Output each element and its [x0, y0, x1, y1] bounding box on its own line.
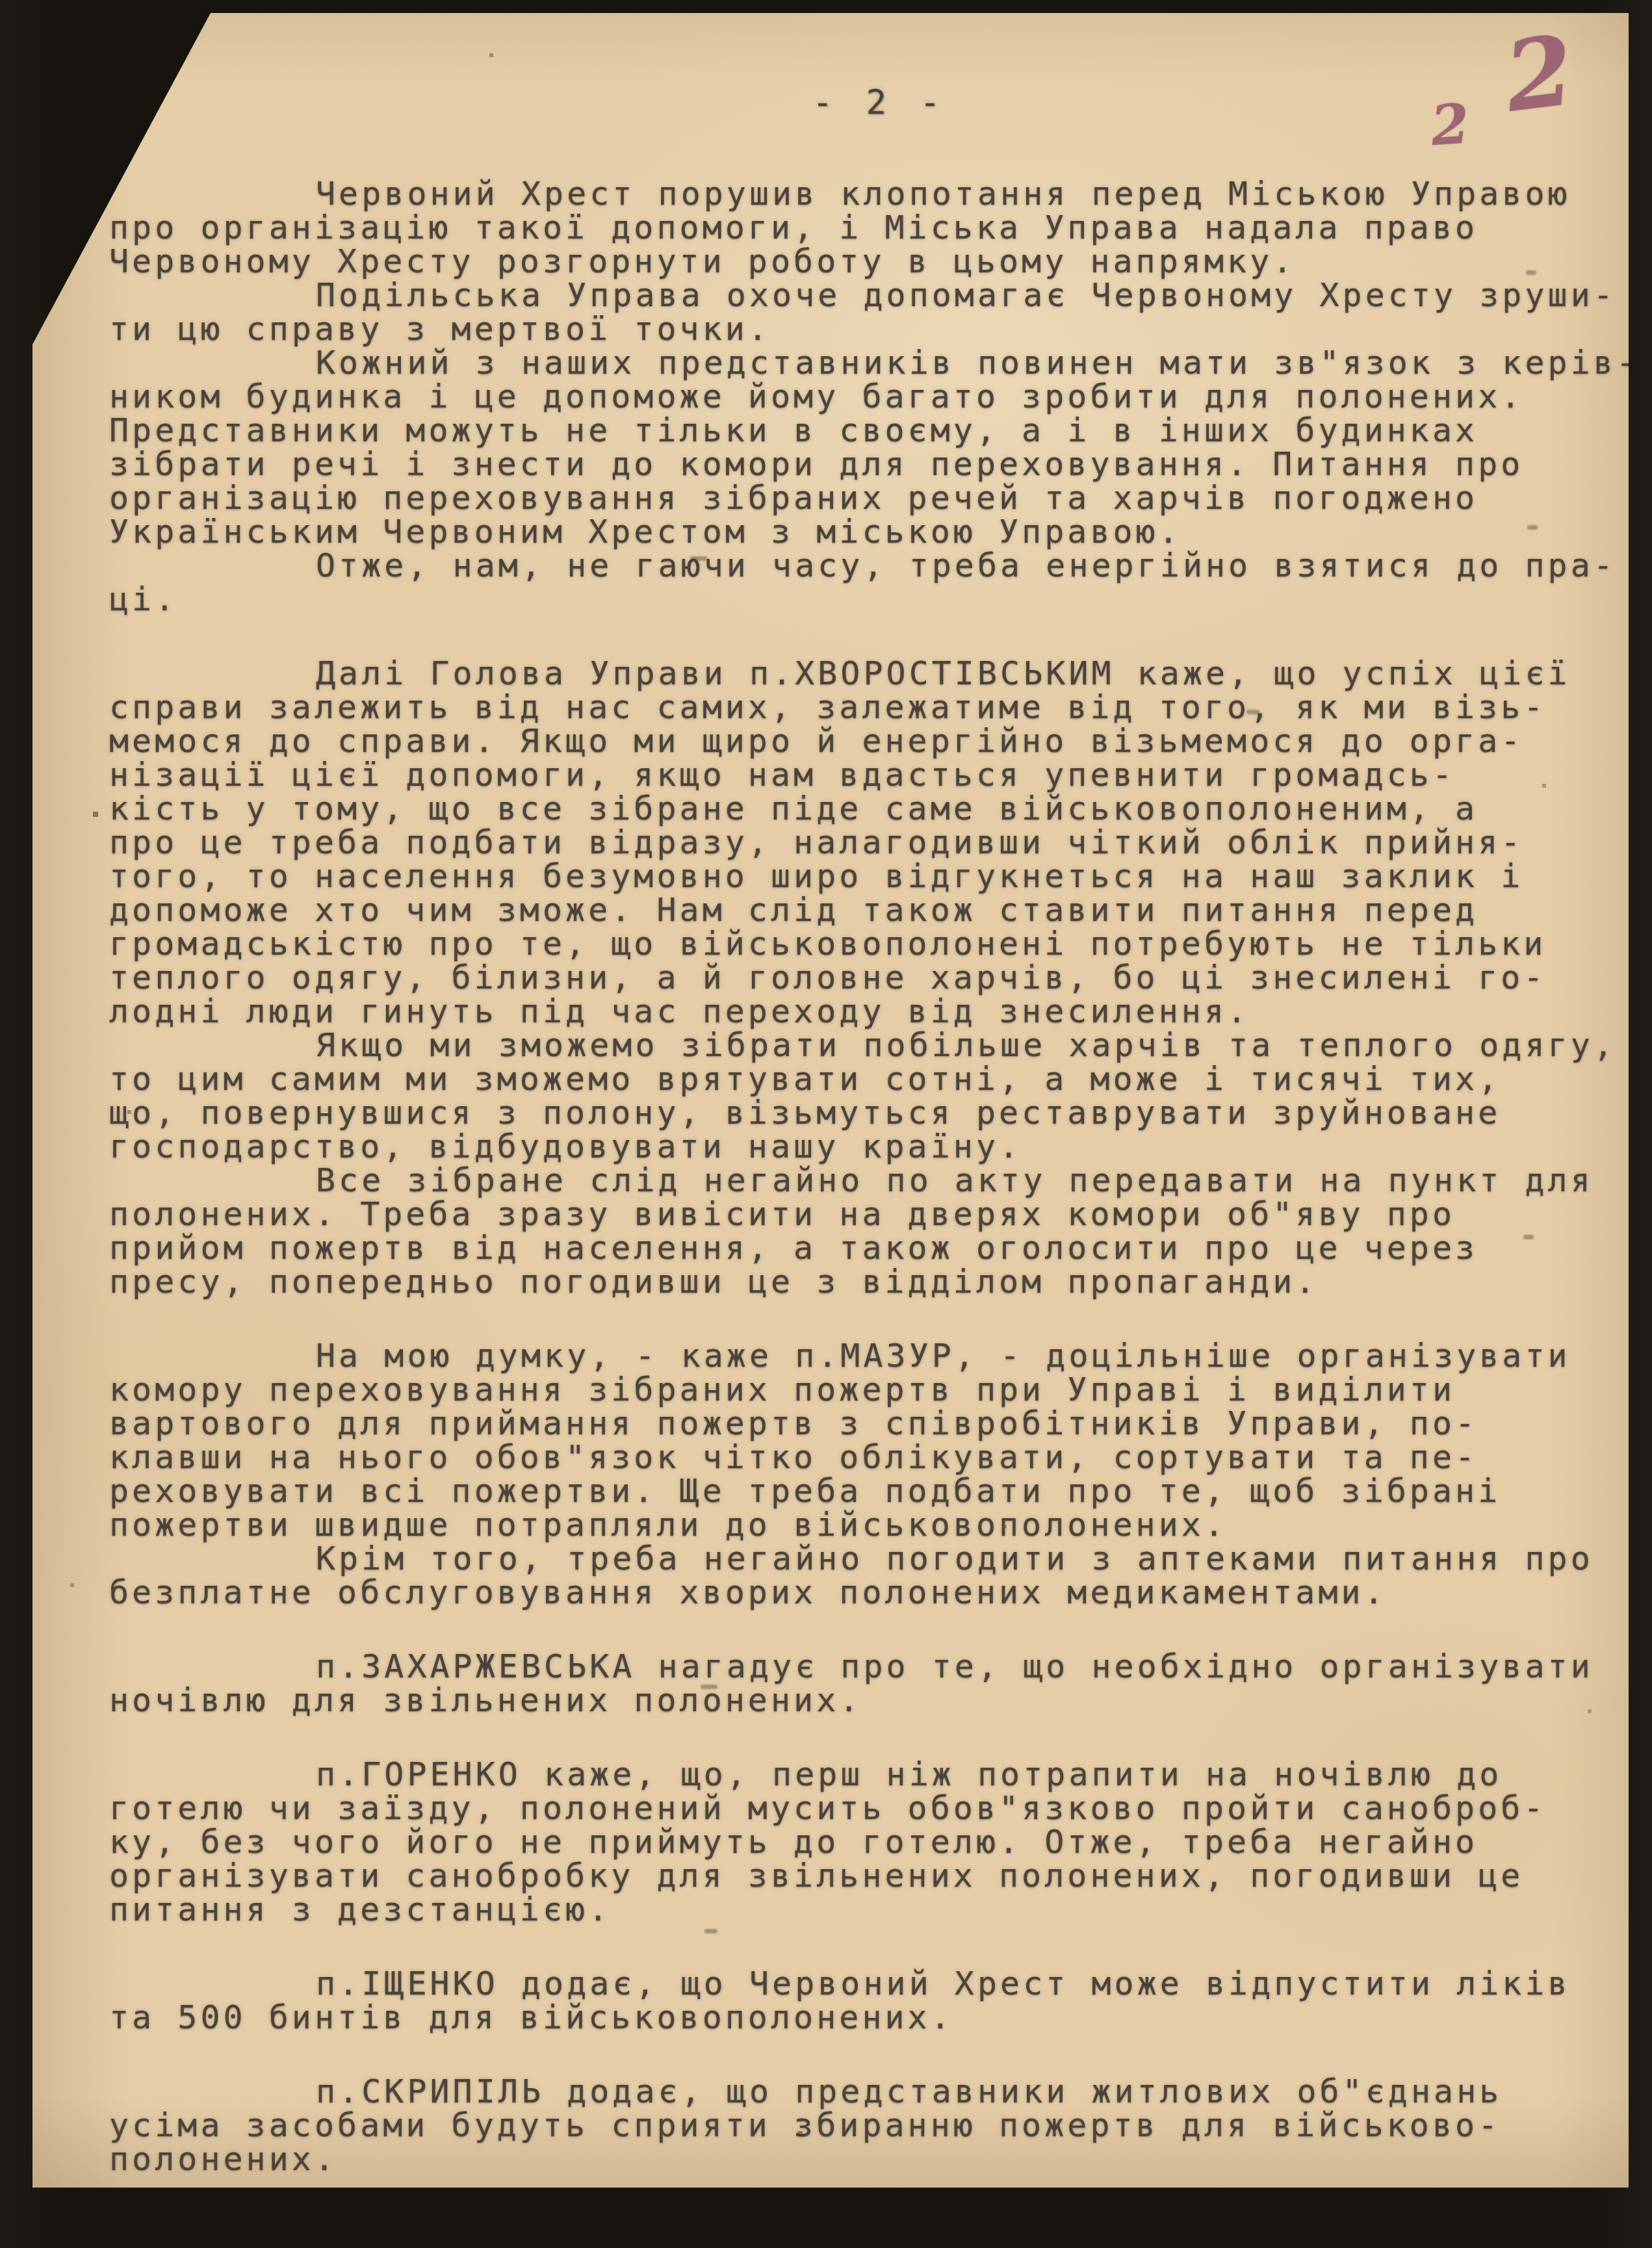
typed-line: Якщо ми зможемо зібрати побільше харчів … — [109, 1028, 1571, 1062]
stray-mark — [1246, 710, 1259, 714]
paragraph: На мою думку, - каже п.МАЗУР, - доцільні… — [109, 1339, 1571, 1542]
typed-line: На мою думку, - каже п.МАЗУР, - доцільні… — [109, 1339, 1571, 1373]
typed-line: Кожний з наших представників повинен мат… — [109, 346, 1571, 380]
typed-line: полонених. Треба зразу вивісити на дверя… — [109, 1197, 1571, 1231]
typed-line: теплого одягу, білизни, а й головне харч… — [109, 961, 1571, 994]
stray-mark — [701, 1685, 717, 1689]
handwritten-page-number-large: 2 — [1499, 13, 1579, 133]
typed-line: що, повернувшися з полону, візьмуться ре… — [109, 1096, 1571, 1130]
stray-mark — [704, 1929, 717, 1933]
typed-line: готелю чи заїзду, полонений мусить обов"… — [109, 1791, 1571, 1825]
typed-line: ночівлю для звільнених полонених. — [109, 1683, 1571, 1717]
typed-line: клавши на нього обов"язок чітко облікува… — [109, 1440, 1571, 1474]
typed-line: Подільська Управа охоче допомагає Червон… — [109, 278, 1571, 312]
paragraph: Далі Голова Управи п.ХВОРОСТІВСЬКИМ каже… — [109, 656, 1571, 1028]
paper-specks — [32, 13, 34, 14]
typed-line: лодні люди гинуть під час переходу від з… — [109, 994, 1571, 1028]
handwritten-page-number-small: 2 — [1428, 91, 1471, 158]
typed-line: про організацію такої допомоги, і Міська… — [109, 211, 1571, 244]
typed-line: п.ГОРЕНКО каже, що, перш ніж потрапити н… — [109, 1757, 1571, 1791]
typed-page-number: - 2 - — [812, 83, 947, 122]
typed-line: п.ЗАХАРЖЕВСЬКА нагадує про те, що необхі… — [109, 1649, 1571, 1683]
paragraph: п.ІЩЕНКО додає, що Червоний Хрест може в… — [109, 1967, 1571, 2034]
typed-line: ти цю справу з мертвої точки. — [109, 312, 1571, 346]
typed-line: ку, без чого його не приймуть до готелю.… — [109, 1825, 1571, 1859]
paragraph: п.ГОРЕНКО каже, що, перш ніж потрапити н… — [109, 1757, 1571, 1926]
typed-line: справи залежить від нас самих, залежатим… — [109, 690, 1571, 724]
typed-line: пресу, попередньо погодивши це з відділо… — [109, 1265, 1571, 1298]
typed-line: організацію переховування зібраних речей… — [109, 481, 1571, 515]
typed-line: ці. — [109, 582, 1571, 616]
paragraph: Кожний з наших представників повинен мат… — [109, 346, 1571, 549]
typed-line: мемося до справи. Якщо ми щиро й енергій… — [109, 724, 1571, 758]
scan-backdrop: - 2 - 2 2 Червоний Хрест порушив клопота… — [0, 0, 1652, 2248]
typed-line: про це треба подбати відразу, налагодивш… — [109, 825, 1571, 859]
typed-line: Отже, нам, не гаючи часу, треба енергійн… — [109, 549, 1571, 582]
typed-line: комору переховування зібраних пожертв пр… — [109, 1373, 1571, 1406]
typed-line: п.СКРИПІЛЬ додає, що представники житлов… — [109, 2074, 1571, 2108]
paragraph: Подільська Управа охоче допомагає Червон… — [109, 278, 1571, 346]
typed-text: Червоний Хрест порушив клопотання перед … — [109, 177, 1571, 2176]
paragraph: Отже, нам, не гаючи часу, треба енергійн… — [109, 549, 1571, 616]
paragraph: Крім того, треба негайно погодити з апте… — [109, 1542, 1571, 1609]
typed-line: господарство, відбудовувати нашу країну. — [109, 1130, 1571, 1163]
typed-line: безплатне обслуговування хворих полонени… — [109, 1575, 1571, 1609]
paragraph: Все зібране слід негайно по акту передав… — [109, 1163, 1571, 1298]
typed-line: питання з дезстанцією. — [109, 1893, 1571, 1926]
typed-line: Червоний Хрест порушив клопотання перед … — [109, 177, 1571, 211]
stray-mark — [1523, 1235, 1534, 1239]
typed-line: вартового для приймання пожертв з співро… — [109, 1406, 1571, 1440]
typed-line: пожертви швидше потрапляли до військовоп… — [109, 1508, 1571, 1542]
stray-mark — [1526, 270, 1536, 275]
document-page: - 2 - 2 2 Червоний Хрест порушив клопота… — [32, 13, 1629, 2188]
typed-line: п.ІЩЕНКО додає, що Червоний Хрест може в… — [109, 1967, 1571, 2000]
typed-line: організувати санобробку для звільнених п… — [109, 1859, 1571, 1893]
typed-line: реховувати всі пожертви. Ще треба подбат… — [109, 1474, 1571, 1508]
typed-line: громадськістю про те, що військовополоне… — [109, 927, 1571, 961]
typed-line: усіма засобами будуть сприяти збиранню п… — [109, 2108, 1571, 2142]
typed-line: нізації цієї допомоги, якщо нам вдасться… — [109, 758, 1571, 792]
typed-line: Крім того, треба негайно погодити з апте… — [109, 1542, 1571, 1575]
typed-line: зібрати речі і знести до комори для пере… — [109, 447, 1571, 481]
paragraph: п.ЗАХАРЖЕВСЬКА нагадує про те, що необхі… — [109, 1649, 1571, 1717]
typed-line: та 500 бинтів для військовополонених. — [109, 2000, 1571, 2034]
typed-line: Далі Голова Управи п.ХВОРОСТІВСЬКИМ каже… — [109, 656, 1571, 690]
typed-line: того, то населення безумовно широ відгук… — [109, 859, 1571, 893]
stray-mark — [1527, 525, 1538, 530]
typed-line: прийом пожертв від населення, а також ог… — [109, 1231, 1571, 1265]
typed-line: Все зібране слід негайно по акту передав… — [109, 1163, 1571, 1197]
typed-line: Червоному Хресту розгорнути роботу в цьо… — [109, 244, 1571, 278]
paragraph: п.СКРИПІЛЬ додає, що представники житлов… — [109, 2074, 1571, 2176]
typed-line: ником будинка і це допоможе йому багато … — [109, 380, 1571, 413]
stray-mark — [690, 556, 707, 561]
typed-line: кість у тому, що все зібране піде саме в… — [109, 792, 1571, 825]
paragraph: Якщо ми зможемо зібрати побільше харчів … — [109, 1028, 1571, 1163]
typed-line: Українським Червоним Хрестом з міською У… — [109, 515, 1571, 549]
typed-line: допоможе хто чим зможе. Нам слід також с… — [109, 893, 1571, 927]
typed-line: полонених. — [109, 2142, 1571, 2176]
typed-line: то цим самим ми зможемо врятувати сотні,… — [109, 1062, 1571, 1096]
typed-line: Представники можуть не тільки в своєму, … — [109, 413, 1571, 447]
paragraph: Червоний Хрест порушив клопотання перед … — [109, 177, 1571, 278]
